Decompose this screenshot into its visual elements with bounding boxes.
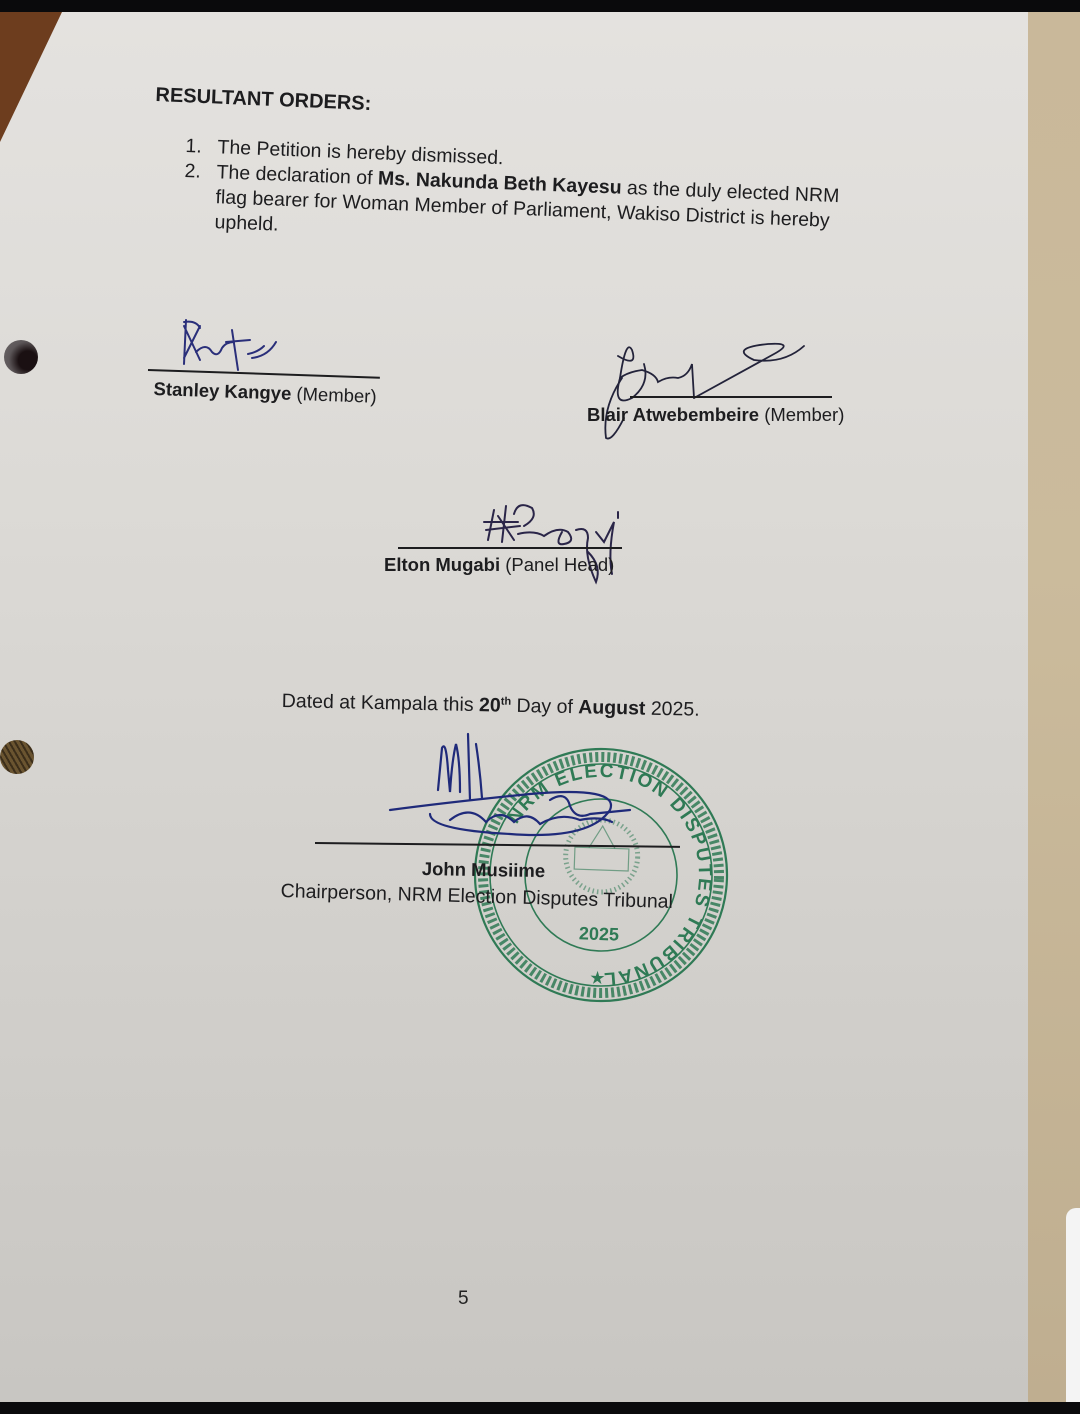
signature-line [630, 396, 832, 398]
page-number: 5 [458, 1288, 469, 1310]
dated-middle: Day of [511, 695, 579, 718]
signatory-label: Blair Atwebembeire (Member) [587, 404, 844, 426]
dated-month: August [578, 696, 646, 719]
order-text-part: The declaration of [216, 161, 378, 189]
signatory-name: Elton Mugabi [384, 554, 500, 575]
dated-day: 20 [479, 694, 501, 716]
chairperson-name: John Musiime [422, 858, 546, 881]
order-number: 2. [182, 159, 217, 235]
signature-line [398, 547, 622, 549]
scroll-handle[interactable] [1066, 1208, 1080, 1402]
signature-elton-mugabi [484, 496, 634, 591]
signatory-label: Elton Mugabi (Panel Head) [384, 554, 614, 576]
punch-hole [0, 740, 34, 774]
signatory-name: Stanley Kangye [153, 378, 291, 404]
photo-scene: RESULTANT ORDERS: 1. The Petition is her… [0, 12, 1080, 1402]
chairperson-name-label: John Musiime [422, 858, 546, 882]
signatory-role: (Panel Head) [505, 554, 614, 575]
punch-hole [4, 340, 38, 374]
signature-stanley-kangye [178, 312, 288, 377]
dated-prefix: Dated at Kampala this [282, 690, 480, 716]
star-icon: ★ [589, 968, 606, 990]
signatory-name: Blair Atwebembeire [587, 404, 759, 425]
signature-john-musiime [390, 730, 670, 855]
order-number: 1. [185, 134, 218, 160]
stamp-year: 2025 [579, 923, 620, 944]
signatory-role: (Member) [296, 383, 377, 407]
table-surface [1020, 12, 1080, 1402]
dated-year: 2025. [645, 698, 700, 721]
bottom-bar [0, 1402, 1080, 1414]
signatory-role: (Member) [764, 404, 844, 425]
